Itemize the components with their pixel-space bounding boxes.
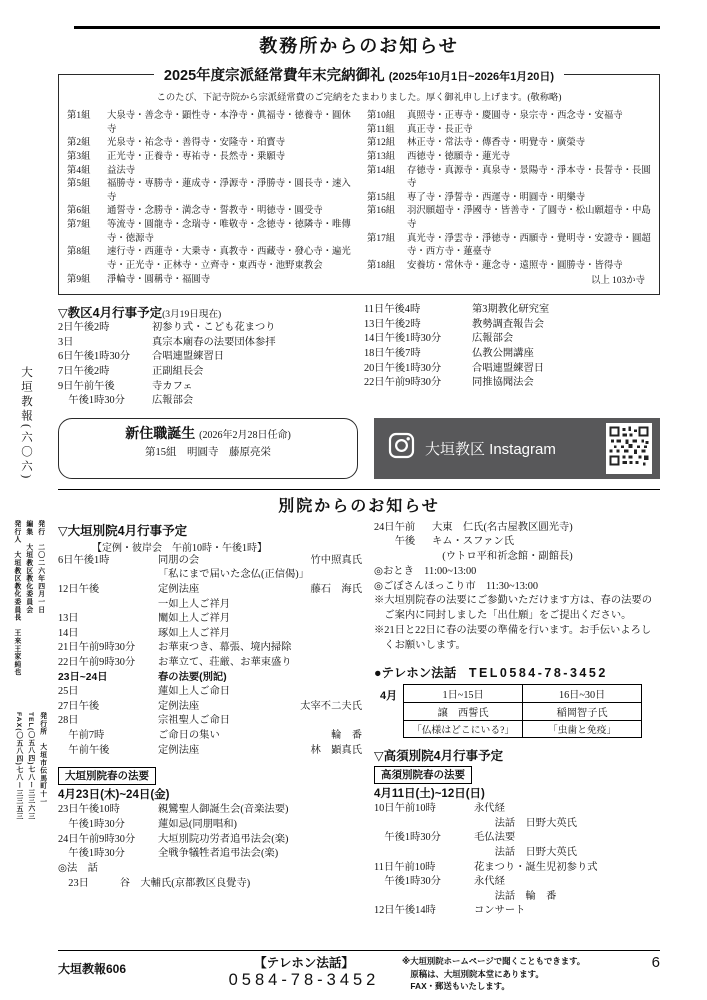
- group-temples: 真光寺・淨雲寺・淨徳寺・西願寺・覺明寺・安證寺・圓超寺・西方寺・蓮臺寺: [407, 233, 651, 260]
- newsletter-page: 大垣教報(六〇六) 発行 二〇二六年四月一日編集 大垣教区教化委員会発行人 大垣…: [0, 0, 707, 1000]
- event-when: [374, 890, 474, 905]
- temple-group-row: 第8組 速行寺・西蓮寺・大乗寺・真教寺・西藏寺・發心寺・遍光寺・正光寺・正林寺・…: [67, 246, 351, 273]
- schedule-when: 6日午後1時30分: [58, 350, 152, 365]
- publication-line: 編集 大垣教区教化委員会: [22, 520, 34, 676]
- event-what: 蓮如忌(同朋唱和): [158, 818, 362, 833]
- event-what: 定例法座: [158, 583, 311, 598]
- completion-thanks-legend: 2025年度宗派経常費年末完納御礼 (2025年10月1日~2026年1月20日…: [59, 64, 659, 85]
- footer-notes: ※大垣別院ホームページで聞くこともできます。 原稿は、大垣別院本堂にあります。 …: [402, 953, 646, 993]
- howa-line: 23日 谷 大輔氏(京都教区良覺寺): [58, 877, 362, 892]
- event-what: 定例法座: [158, 700, 300, 715]
- group-label: 第17組: [367, 233, 407, 260]
- event-what: 大垣別院功労者追弔法会(楽): [158, 833, 362, 848]
- schedule-what: 正副組長会: [152, 365, 364, 380]
- schedule-when: 22日午前9時30分: [364, 376, 472, 391]
- group-temples: 正光寺・正養寺・専祐寺・長然寺・乗願寺: [107, 151, 351, 165]
- group-label: 第14組: [367, 165, 407, 192]
- footer-rule: [58, 950, 660, 951]
- event-what: 法話 輪 番: [474, 890, 660, 905]
- market-line: ◎ごぼさんほっこり市 11:30~13:00: [374, 580, 660, 595]
- event-speaker: 太宰不二夫氏: [300, 700, 362, 715]
- instagram-qr-code: [606, 423, 652, 474]
- participation-note: ※大垣別院春の法要にご参勤いただけます方は、春の法要のご案内に同封しました「出仕…: [374, 594, 660, 624]
- event-what: 永代経: [474, 875, 660, 890]
- masthead-vertical: 大垣教報(六〇六): [18, 366, 34, 481]
- group-label: 第9組: [67, 274, 107, 288]
- event-what: 「私にまで届いた念仏(正信偈)」: [158, 568, 362, 583]
- group-temples: 専了寺・淨誓寺・西運寺・明圓寺・明樂寺: [407, 192, 651, 206]
- event-what: 蓮如上人ご命日: [158, 685, 362, 700]
- publisher-contact-line: FAX(〇五八四)七八ー三三五三: [12, 712, 24, 821]
- temple-group-row: 第16組 羽沢願超寺・淨國寺・皆善寺・了圓寺・松山願超寺・中島寺: [367, 205, 651, 232]
- event-speaker: 竹中照真氏: [311, 554, 362, 569]
- tel-speaker-1: 譲 西誓氏: [404, 703, 523, 721]
- temple-groups: 第1組 大泉寺・善念寺・顕性寺・本浄寺・眞福寺・徳養寺・圓休寺 第2組 光泉寺・…: [67, 110, 651, 288]
- page-number: 6: [646, 953, 660, 971]
- ogaki-schedule-heading: ▽大垣別院4月行事予定: [58, 521, 362, 539]
- schedule-when: 14日午後1時30分: [364, 332, 472, 347]
- group-temples: 益法寺: [107, 165, 351, 179]
- schedule-what: 広報部会: [152, 394, 364, 409]
- branch-columns: ▽大垣別院4月行事予定 【定例・彼岸会 午前10時・午後1時】 6日午後1時 同…: [58, 521, 660, 919]
- schedule-row: 午後1時30分 広報部会: [58, 394, 364, 409]
- speaker-when: 24日午前: [374, 521, 432, 536]
- ogaki-events: 6日午後1時 同朋の会 竹中照真氏 「私にまで届いた念仏(正信偈)」 12日午後…: [58, 554, 362, 759]
- speaker-when: [374, 550, 432, 565]
- main-content: 教務所からのお知らせ 2025年度宗派経常費年末完納御礼 (2025年10月1日…: [58, 26, 660, 919]
- group-label: 第15組: [367, 192, 407, 206]
- publisher-contact: 発行所 大垣市伝馬町十一TEL(〇五八四)七八ー三三六三FAX(〇五八四)七八ー…: [12, 712, 48, 821]
- group-label: 第3組: [67, 151, 107, 165]
- completion-thanks-dates: (2025年10月1日~2026年1月20日): [389, 71, 554, 83]
- event-what: 琢如上人ご祥月: [158, 627, 362, 642]
- event-row: 12日午後 定例法座 藤石 海氏: [58, 583, 362, 598]
- event-row: 12日午後14時 コンサート: [374, 904, 660, 919]
- group-label: 第13組: [367, 151, 407, 165]
- group-temples: 通誓寺・念勝寺・満念寺・誓教寺・明徳寺・圓受寺: [107, 205, 351, 219]
- temple-group-row: 第10組 真照寺・正専寺・慶圓寺・泉宗寺・西念寺・安福寺: [367, 110, 651, 124]
- schedule-row: 9日午前午後 寺カフェ: [58, 380, 364, 395]
- event-row: 午後1時30分 毛仏法要: [374, 831, 660, 846]
- group-temples: 林正寺・常法寺・傳香寺・明覺寺・廣榮寺: [407, 137, 651, 151]
- temple-groups-left: 第1組 大泉寺・善念寺・顕性寺・本浄寺・眞福寺・徳養寺・圓休寺 第2組 光泉寺・…: [67, 110, 351, 288]
- temple-group-row: 第9組 淨輪寺・圓稱寺・福圓寺: [67, 274, 351, 288]
- group-label: 第7組: [67, 219, 107, 246]
- temple-group-row: 第15組 専了寺・淨誓寺・西運寺・明圓寺・明樂寺: [367, 192, 651, 206]
- event-when: 25日: [58, 685, 158, 700]
- group-label: 第5組: [67, 178, 107, 205]
- temple-group-row: 第12組 林正寺・常法寺・傳香寺・明覺寺・廣榮寺: [367, 137, 651, 151]
- event-when: 6日午後1時: [58, 554, 158, 569]
- schedule-what: 初参り式・こども花まつり: [152, 321, 364, 336]
- tel-title-2: 「虫歯と免疫」: [523, 721, 642, 738]
- event-what: 毛仏法要: [474, 831, 660, 846]
- schedule-what: 合唱連盟練習日: [472, 362, 660, 377]
- schedule-what: 教勢調査報告会: [472, 318, 660, 333]
- new-priest-note: (2026年2月28日任命): [199, 430, 291, 441]
- howa-label: ◎法 話: [58, 862, 362, 877]
- schedule-row: 13日午後2時 教勢調査報告会: [364, 318, 660, 333]
- preparation-note: ※21日と22日に春の法要の準備を行います。お手伝いよろしくお願いします。: [374, 624, 660, 654]
- otoki-line: ◎おとき 11:00~13:00: [374, 565, 660, 580]
- temple-group-row: 第6組 通誓寺・念勝寺・満念寺・誓教寺・明徳寺・圓受寺: [67, 205, 351, 219]
- completion-thanks-box: 2025年度宗派経常費年末完納御礼 (2025年10月1日~2026年1月20日…: [58, 74, 660, 295]
- new-priest-title-line: 新住職誕生 (2026年2月28日任命): [69, 423, 347, 443]
- temple-total: 以上 103か寺: [367, 275, 651, 289]
- event-when: 28日: [58, 714, 158, 729]
- takasu-heading: ▽高須別院4月行事予定: [374, 746, 660, 764]
- schedule-when: 13日午後2時: [364, 318, 472, 333]
- district-april-schedule: ▽教区4月行事予定(3月19日現在) 2日午後2時 初参り式・こども花まつり 3…: [58, 303, 660, 409]
- event-when: 12日午後: [58, 583, 158, 598]
- telephone-howa-section: ●テレホン法話 TEL0584-78-3452 4月 1日~15日 16日~30…: [374, 663, 660, 738]
- group-temples: 福勝寺・専勝寺・蓮成寺・淨源寺・淨勝寺・圓長寺・速入寺: [107, 178, 351, 205]
- group-label: 第12組: [367, 137, 407, 151]
- schedule-what: 合唱連盟練習日: [152, 350, 364, 365]
- group-temples: 速行寺・西蓮寺・大乗寺・真教寺・西藏寺・發心寺・遍光寺・正光寺・正林寺・立齊寺・…: [107, 246, 351, 273]
- temple-group-row: 第5組 福勝寺・専勝寺・蓮成寺・淨源寺・淨勝寺・圓長寺・速入寺: [67, 178, 351, 205]
- branch-notice-title: 別院からのお知らせ: [58, 493, 660, 516]
- schedule-when: 18日午後7時: [364, 347, 472, 362]
- instagram-banner: 大垣教区 Instagram: [374, 418, 660, 479]
- publication-info: 発行 二〇二六年四月一日編集 大垣教区教化委員会発行人 大垣教区教化委員長 王来…: [10, 520, 46, 676]
- schedule-when: 11日午後4時: [364, 303, 472, 318]
- event-what: 法話 日野大英氏: [474, 846, 660, 861]
- event-when: 午後1時30分: [374, 831, 474, 846]
- publication-line: 発行 二〇二六年四月一日: [34, 520, 46, 676]
- event-what: コンサート: [474, 904, 660, 919]
- group-label: 第8組: [67, 246, 107, 273]
- event-what: 花まつり・誕生児初参り式: [474, 861, 660, 876]
- event-when: [58, 568, 158, 583]
- branch-right-column: 24日午前 大東 仁氏(名古屋教区圓光寺) 午後 キム・スファン氏 (ウトロ平和…: [374, 521, 660, 919]
- instagram-label: 大垣教区 Instagram: [425, 438, 596, 459]
- tel-period-2: 16日~30日: [523, 685, 642, 703]
- group-label: 第2組: [67, 137, 107, 151]
- telephone-howa-table: 1日~15日 16日~30日 譲 西誓氏 稲岡智子氏 「仏様はどこにいる?」 「…: [403, 684, 642, 738]
- temple-groups-right-wrap: 第10組 真照寺・正専寺・慶圓寺・泉宗寺・西念寺・安福寺 第11組 真正寺・長正…: [367, 110, 651, 288]
- schedule-when: 9日午前午後: [58, 380, 152, 395]
- footer-note-line: 原稿は、大垣別院本堂にあります。: [402, 968, 646, 981]
- event-when: 22日午前9時30分: [58, 656, 158, 671]
- temple-group-row: 第1組 大泉寺・善念寺・顕性寺・本浄寺・眞福寺・徳養寺・圓休寺: [67, 110, 351, 137]
- temple-group-row: 第18組 安養坊・常休寺・蓮念寺・遠照寺・圓勝寺・皆得寺: [367, 260, 651, 274]
- schedule-row: 3日 真宗本廟春の法要団体参拝: [58, 336, 364, 351]
- group-label: 第4組: [67, 165, 107, 179]
- schedule-what: 真宗本廟春の法要団体参拝: [152, 336, 364, 351]
- bottom-band: 新住職誕生 (2026年2月28日任命) 第15組 明圓寺 藤原亮栄 大垣教区 …: [58, 418, 660, 479]
- temple-group-row: 第11組 真正寺・長正寺: [367, 124, 651, 138]
- group-temples: 大泉寺・善念寺・顕性寺・本浄寺・眞福寺・徳養寺・圓休寺: [107, 110, 351, 137]
- district-schedule-note: (3月19日現在): [162, 309, 221, 320]
- tel-period-1: 1日~15日: [404, 685, 523, 703]
- schedule-row: 2日午後2時 初参り式・こども花まつり: [58, 321, 364, 336]
- takasu-events: 10日午前10時 永代経 法話 日野大英氏 午後1時30分 毛仏法要 法: [374, 802, 660, 919]
- event-when: [374, 817, 474, 832]
- temple-group-row: 第17組 真光寺・淨雲寺・淨徳寺・西願寺・覺明寺・安證寺・圓超寺・西方寺・蓮臺寺: [367, 233, 651, 260]
- event-speaker: 藤石 海氏: [311, 583, 362, 598]
- ogaki-spring-box-label: 大垣別院春の法要: [58, 767, 156, 785]
- event-what: お華立て、荘厳、お華束盛り: [158, 656, 362, 671]
- tel-speaker-2: 稲岡智子氏: [523, 703, 642, 721]
- schedule-when: 午後1時30分: [58, 394, 152, 409]
- ogaki-schedule-subnote: 【定例・彼岸会 午前10時・午後1時】: [92, 539, 362, 554]
- ogaki-spring-events: 23日午後10時 親鸞聖人御誕生会(音楽法要) 午後1時30分 蓮如忌(同朋唱和…: [58, 803, 362, 861]
- event-what: 宗祖聖人ご命日: [158, 714, 362, 729]
- event-what: 闡如上人ご祥月: [158, 612, 362, 627]
- event-row: 27日午後 定例法座 太宰不二夫氏: [58, 700, 362, 715]
- group-temples: 等流寺・圓龍寺・念瑞寺・唯敬寺・念徳寺・徳隣寺・唯傳寺・徳源寺: [107, 219, 351, 246]
- event-row: 午前午後 定例法座 林 顕真氏: [58, 744, 362, 759]
- event-what: 全戦争犠牲者追弔法会(楽): [158, 847, 362, 862]
- event-when: 14日: [58, 627, 158, 642]
- schedule-when: 3日: [58, 336, 152, 351]
- district-schedule-heading: ▽教区4月行事予定(3月19日現在): [58, 303, 364, 321]
- telephone-howa-number: TEL0584-78-3452: [469, 666, 608, 680]
- event-row: 午前7時 ご命日の集い 輪 番: [58, 729, 362, 744]
- event-row: 22日午前9時30分 お華立て、荘厳、お華束盛り: [58, 656, 362, 671]
- event-when: 11日午前10時: [374, 861, 474, 876]
- takasu-section: ▽高須別院4月行事予定 高須別院春の法要 4月11日(土)~12日(日) 10日…: [374, 746, 660, 919]
- completion-thanks-intro: このたび、下記寺院から宗派経常費のご完納をたまわりました。厚く御礼申し上げます。…: [67, 89, 651, 103]
- schedule-row: 7日午後2時 正副組長会: [58, 365, 364, 380]
- footer-telephone-label: 【テレホン法話】: [206, 953, 402, 971]
- event-what: 同朋の会: [158, 554, 311, 569]
- event-when: 12日午後14時: [374, 904, 474, 919]
- event-when: 21日午前9時30分: [58, 641, 158, 656]
- schedule-when: 2日午後2時: [58, 321, 152, 336]
- district-schedule-left: ▽教区4月行事予定(3月19日現在) 2日午後2時 初参り式・こども花まつり 3…: [58, 303, 364, 409]
- event-when: 午後1時30分: [58, 847, 158, 862]
- event-when: 27日午後: [58, 700, 158, 715]
- group-label: 第1組: [67, 110, 107, 137]
- temple-group-row: 第7組 等流寺・圓龍寺・念瑞寺・唯敬寺・念徳寺・徳隣寺・唯傳寺・徳源寺: [67, 219, 351, 246]
- speaker-name: 大東 仁氏(名古屋教区圓光寺): [432, 521, 660, 536]
- temple-group-row: 第4組 益法寺: [67, 165, 351, 179]
- event-what: ご命日の集い: [158, 729, 331, 744]
- telephone-howa-heading: ●テレホン法話 TEL0584-78-3452: [374, 663, 660, 681]
- event-row: 21日午前9時30分 お華束つき、幕張、境内掃除: [58, 641, 362, 656]
- takasu-box-label: 高須別院春の法要: [374, 766, 472, 784]
- spring-speakers: 24日午前 大東 仁氏(名古屋教区圓光寺) 午後 キム・スファン氏 (ウトロ平和…: [374, 521, 660, 565]
- event-what: 法話 日野大英氏: [474, 817, 660, 832]
- footer-telephone-number: 0584-78-3452: [206, 971, 402, 990]
- event-row: 午後1時30分 蓮如忌(同朋唱和): [58, 818, 362, 833]
- event-what: 一如上人ご祥月: [158, 598, 362, 613]
- event-row: 25日 蓮如上人ご命日: [58, 685, 362, 700]
- event-what: お華束つき、幕張、境内掃除: [158, 641, 362, 656]
- event-row: 28日 宗祖聖人ご命日: [58, 714, 362, 729]
- event-when: 午後1時30分: [374, 875, 474, 890]
- tel-title-1: 「仏様はどこにいる?」: [404, 721, 523, 738]
- event-when: 24日午前9時30分: [58, 833, 158, 848]
- district-schedule-left-rows: 2日午後2時 初参り式・こども花まつり 3日 真宗本廟春の法要団体参拝 6日午後…: [58, 321, 364, 409]
- schedule-what: 第3期教化研究室: [472, 303, 660, 318]
- group-label: 第18組: [367, 260, 407, 274]
- event-when: 23日午後10時: [58, 803, 158, 818]
- group-label: 第10組: [367, 110, 407, 124]
- telephone-month: 4月: [380, 684, 397, 738]
- footer-issue-label: 大垣教報606: [58, 953, 206, 977]
- event-row: 14日 琢如上人ご祥月: [58, 627, 362, 642]
- speaker-row: 24日午前 大東 仁氏(名古屋教区圓光寺): [374, 521, 660, 536]
- group-temples: 真正寺・長正寺: [407, 124, 651, 138]
- event-row: 「私にまで届いた念仏(正信偈)」: [58, 568, 362, 583]
- new-priest-box: 新住職誕生 (2026年2月28日任命) 第15組 明圓寺 藤原亮栄: [58, 418, 358, 479]
- schedule-row: 14日午後1時30分 広報部会: [364, 332, 660, 347]
- schedule-when: 20日午後1時30分: [364, 362, 472, 377]
- event-what: 定例法座: [158, 744, 311, 759]
- event-row: 法話 輪 番: [374, 890, 660, 905]
- footer-telephone: 【テレホン法話】 0584-78-3452: [206, 953, 402, 990]
- event-when: 23日~24日: [58, 671, 158, 686]
- event-row: 午後1時30分 全戦争犠牲者追弔法会(楽): [58, 847, 362, 862]
- page-footer: 大垣教報606 【テレホン法話】 0584-78-3452 ※大垣別院ホームペー…: [58, 950, 660, 993]
- temple-group-row: 第13組 西徳寺・徳願寺・蓮光寺: [367, 151, 651, 165]
- group-temples: 真照寺・正専寺・慶圓寺・泉宗寺・西念寺・安福寺: [407, 110, 651, 124]
- event-what: 親鸞聖人御誕生会(音楽法要): [158, 803, 362, 818]
- event-when: 午前午後: [58, 744, 158, 759]
- event-when: 午後1時30分: [58, 818, 158, 833]
- schedule-what: 広報部会: [472, 332, 660, 347]
- schedule-when: 7日午後2時: [58, 365, 152, 380]
- event-when: [374, 846, 474, 861]
- schedule-what: 同推協聞法会: [472, 376, 660, 391]
- speaker-row: (ウトロ平和祈念館・副館長): [374, 550, 660, 565]
- event-row: 午後1時30分 永代経: [374, 875, 660, 890]
- group-temples: 淨輪寺・圓稱寺・福圓寺: [107, 274, 351, 288]
- temple-group-row: 第3組 正光寺・正養寺・専祐寺・長然寺・乗願寺: [67, 151, 351, 165]
- district-schedule-right: 11日午後4時 第3期教化研究室 13日午後2時 教勢調査報告会 14日午後1時…: [364, 303, 660, 409]
- event-what: 春の法要(別記): [158, 671, 362, 686]
- takasu-dates: 4月11日(土)~12日(日): [374, 785, 660, 801]
- group-temples: 存徳寺・真源寺・真泉寺・景陽寺・淨本寺・長誓寺・長圓寺: [407, 165, 651, 192]
- group-temples: 安養坊・常休寺・蓮念寺・遠照寺・圓勝寺・皆得寺: [407, 260, 651, 274]
- schedule-what: 寺カフェ: [152, 380, 364, 395]
- group-temples: 西徳寺・徳願寺・蓮光寺: [407, 151, 651, 165]
- event-row: 13日 闡如上人ご祥月: [58, 612, 362, 627]
- event-row: 11日午前10時 花まつり・誕生児初参り式: [374, 861, 660, 876]
- footer-note-line: FAX・郵送もいたします。: [402, 980, 646, 993]
- completion-thanks-subtitle: 2025年度宗派経常費年末完納御礼: [164, 68, 385, 84]
- event-row: 24日午前9時30分 大垣別院功労者追弔法会(楽): [58, 833, 362, 848]
- event-row: 10日午前10時 永代経: [374, 802, 660, 817]
- schedule-row: 22日午前9時30分 同推協聞法会: [364, 376, 660, 391]
- event-when: 10日午前10時: [374, 802, 474, 817]
- event-speaker: 輪 番: [331, 729, 362, 744]
- schedule-what: 仏教公開講座: [472, 347, 660, 362]
- group-label: 第6組: [67, 205, 107, 219]
- instagram-icon: [388, 432, 415, 464]
- footer-note-line: ※大垣別院ホームページで聞くこともできます。: [402, 955, 646, 968]
- temple-group-row: 第2組 光泉寺・祐念寺・善得寺・安隆寺・珀寳寺: [67, 137, 351, 151]
- event-when: 13日: [58, 612, 158, 627]
- speaker-when: 午後: [374, 535, 432, 550]
- temple-group-row: 第14組 存徳寺・真源寺・真泉寺・景陽寺・淨本寺・長誓寺・長圓寺: [367, 165, 651, 192]
- event-when: 午前7時: [58, 729, 158, 744]
- event-row: 6日午後1時 同朋の会 竹中照真氏: [58, 554, 362, 569]
- event-row: 23日~24日 春の法要(別記): [58, 671, 362, 686]
- event-row: 法話 日野大英氏: [374, 846, 660, 861]
- speaker-name: キム・スファン氏: [432, 535, 660, 550]
- event-row: 一如上人ご祥月: [58, 598, 362, 613]
- event-when: [58, 598, 158, 613]
- group-temples: 羽沢願超寺・淨國寺・皆善寺・了圓寺・松山願超寺・中島寺: [407, 205, 651, 232]
- ogaki-branch-column: ▽大垣別院4月行事予定 【定例・彼岸会 午前10時・午後1時】 6日午後1時 同…: [58, 521, 362, 919]
- speaker-row: 午後 キム・スファン氏: [374, 535, 660, 550]
- ogaki-spring-dates: 4月23日(木)~24日(金): [58, 786, 362, 802]
- publisher-contact-line: TEL(〇五八四)七八ー三三六三: [24, 712, 36, 821]
- top-rule: [74, 26, 660, 29]
- schedule-row: 20日午後1時30分 合唱連盟練習日: [364, 362, 660, 377]
- publication-line: 発行人 大垣教区教化委員長 王来王家純也: [10, 520, 22, 676]
- schedule-row: 11日午後4時 第3期教化研究室: [364, 303, 660, 318]
- event-speaker: 林 顕真氏: [311, 744, 362, 759]
- group-temples: 光泉寺・祐念寺・善得寺・安隆寺・珀寳寺: [107, 137, 351, 151]
- event-row: 法話 日野大英氏: [374, 817, 660, 832]
- temple-groups-right: 第10組 真照寺・正専寺・慶圓寺・泉宗寺・西念寺・安福寺 第11組 真正寺・長正…: [367, 110, 651, 274]
- office-notice-title: 教務所からのお知らせ: [58, 32, 660, 58]
- section-divider: [58, 489, 660, 490]
- event-row: 23日午後10時 親鸞聖人御誕生会(音楽法要): [58, 803, 362, 818]
- new-priest-detail: 第15組 明圓寺 藤原亮栄: [69, 444, 347, 459]
- schedule-row: 18日午後7時 仏教公開講座: [364, 347, 660, 362]
- schedule-row: 6日午後1時30分 合唱連盟練習日: [58, 350, 364, 365]
- event-what: 永代経: [474, 802, 660, 817]
- publisher-contact-line: 発行所 大垣市伝馬町十一: [36, 712, 48, 821]
- group-label: 第16組: [367, 205, 407, 232]
- group-label: 第11組: [367, 124, 407, 138]
- speaker-name: (ウトロ平和祈念館・副館長): [432, 550, 660, 565]
